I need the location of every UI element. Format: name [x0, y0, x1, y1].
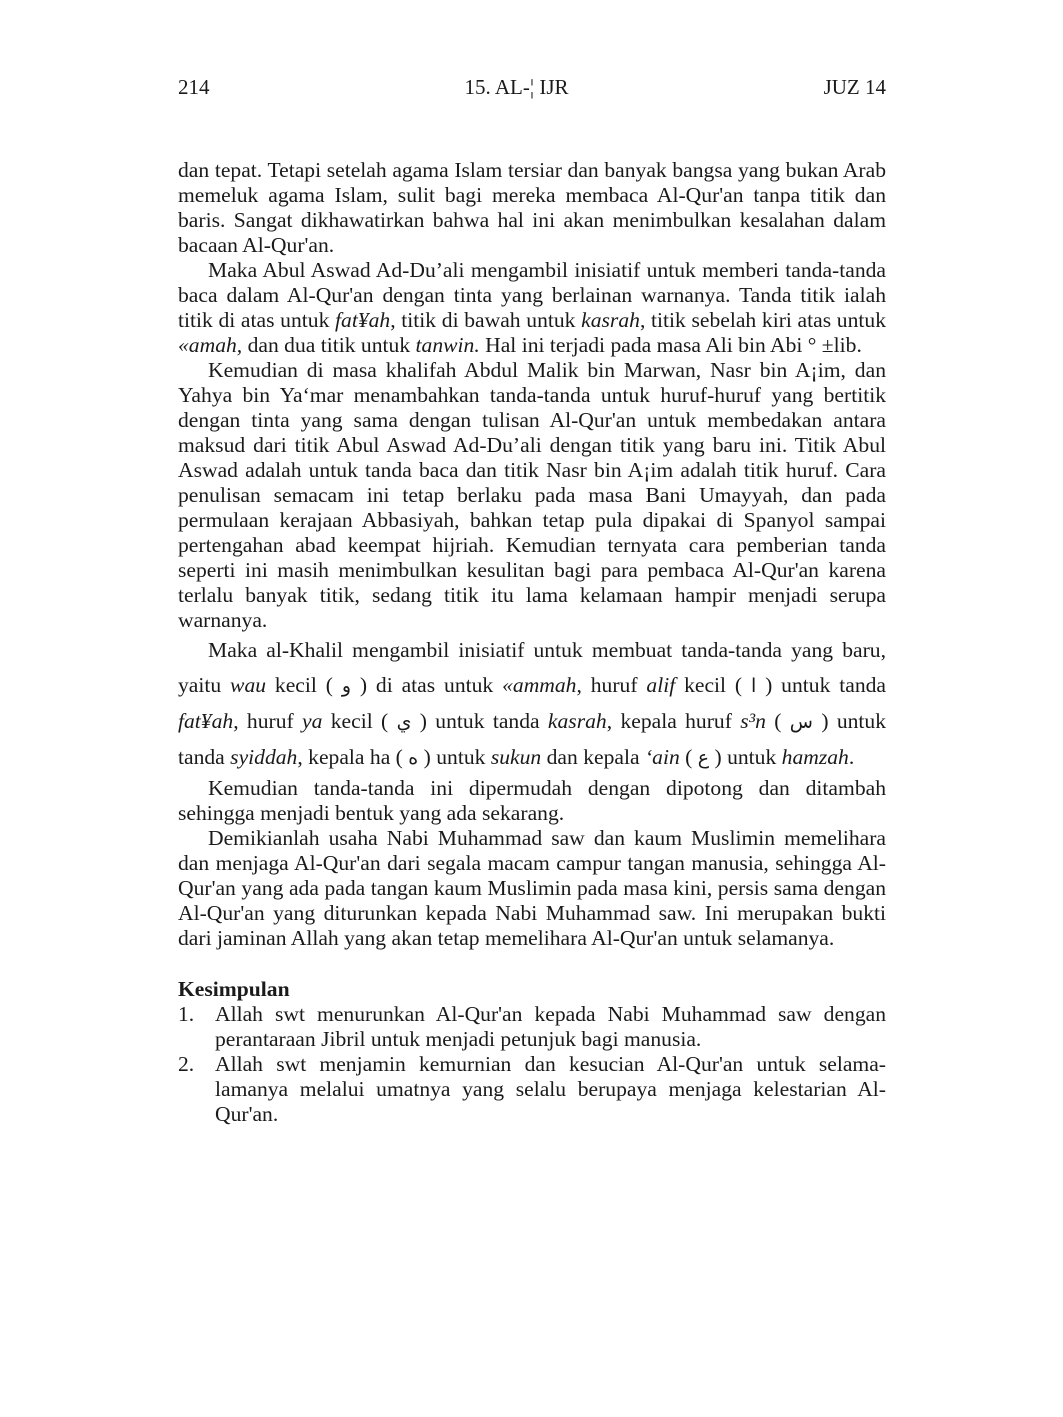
list-number: 1. [178, 1002, 215, 1052]
italic-term: ya [302, 709, 322, 733]
italic-term: alif [646, 673, 675, 697]
paragraph-continuation: dan tepat. Tetapi setelah agama Islam te… [178, 158, 886, 258]
paragraph-abul-aswad: Maka Abul Aswad Ad-Du’ali mengambil inis… [178, 258, 886, 358]
paragraph-al-khalil: Maka al-Khalil mengambil inisiatif untuk… [178, 633, 886, 776]
document-page: 214 15. AL-¦ IJR JUZ 14 dan tepat. Tetap… [178, 74, 886, 1127]
conclusion-list: 1. Allah swt menurunkan Al-Qur'an kepada… [178, 1002, 886, 1127]
italic-term: kasrah [548, 709, 607, 733]
paragraph-simplified: Kemudian tanda-tanda ini dipermudah deng… [178, 776, 886, 826]
page-number: 214 [178, 74, 210, 100]
italic-term: tanwin. [416, 333, 480, 357]
paragraph-nasr-yahya: Kemudian di masa khalifah Abdul Malik bi… [178, 358, 886, 633]
italic-term: ‘ain [645, 745, 680, 769]
italic-term: «ammah [502, 673, 576, 697]
italic-term: wau [230, 673, 266, 697]
arabic-letter: ع [698, 747, 709, 769]
running-header: 214 15. AL-¦ IJR JUZ 14 [178, 74, 886, 100]
section-heading-kesimpulan: Kesimpulan [178, 977, 886, 1002]
list-number: 2. [178, 1052, 215, 1127]
chapter-title: 15. AL-¦ IJR [465, 74, 569, 100]
italic-term: s³n [740, 709, 766, 733]
list-item: 1. Allah swt menurunkan Al-Qur'an kepada… [178, 1002, 886, 1052]
list-text: Allah swt menjamin kemurnian dan kesucia… [215, 1052, 886, 1127]
italic-term: fat¥ah [335, 308, 390, 332]
italic-term: hamzah [782, 745, 849, 769]
arabic-letter: ه [408, 747, 418, 769]
italic-term: syiddah [230, 745, 297, 769]
list-item: 2. Allah swt menjamin kemurnian dan kesu… [178, 1052, 886, 1127]
italic-term: sukun [491, 745, 541, 769]
arabic-letter: ا [751, 675, 756, 697]
paragraph-preservation: Demikianlah usaha Nabi Muhammad saw dan … [178, 826, 886, 951]
italic-term: kasrah [581, 308, 640, 332]
arabic-letter: س [790, 711, 813, 733]
italic-term: fat¥ah [178, 709, 233, 733]
body-text: dan tepat. Tetapi setelah agama Islam te… [178, 158, 886, 951]
arabic-letter: و [342, 675, 351, 697]
italic-term: «amah, [178, 333, 242, 357]
list-text: Allah swt menurunkan Al-Qur'an kepada Na… [215, 1002, 886, 1052]
juz-label: JUZ 14 [824, 74, 886, 100]
arabic-letter: ي [397, 711, 412, 733]
